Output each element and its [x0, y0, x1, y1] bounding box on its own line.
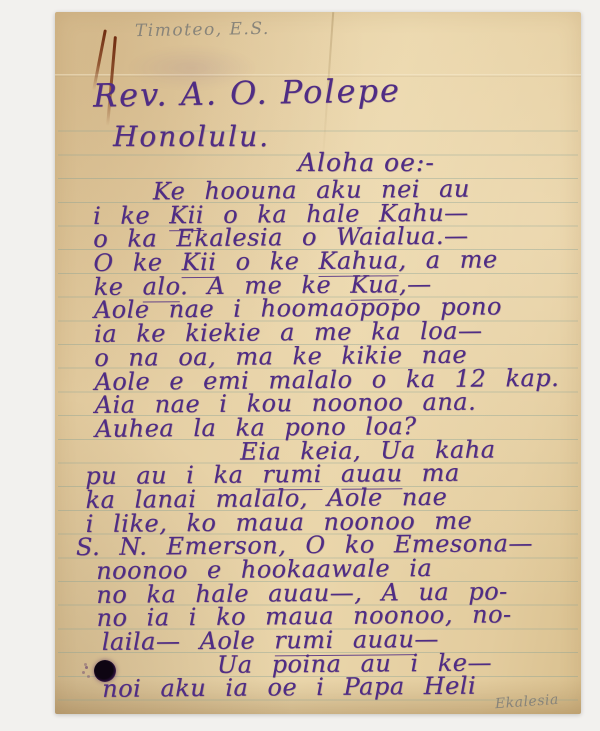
letter-body: Ke hoouna aku nei aui ke Kii o ka hale K…: [55, 177, 581, 703]
archivist-category-annotation: Ekalesia: [495, 692, 560, 712]
recipient-line: Rev. A. O. Polepe: [93, 71, 402, 114]
scanned-letter: Timoteo, E.S. Rev. A. O. Polepe Honolulu…: [0, 0, 600, 731]
letter-text: noi aku ia oe i Papa Heli: [102, 672, 476, 703]
archivist-name-annotation: Timoteo, E.S.: [135, 19, 270, 41]
place-line: Honolulu.: [113, 120, 270, 153]
letter-paper: Timoteo, E.S. Rev. A. O. Polepe Honolulu…: [55, 12, 581, 714]
salutation-line: Aloha oe:-: [298, 148, 435, 177]
